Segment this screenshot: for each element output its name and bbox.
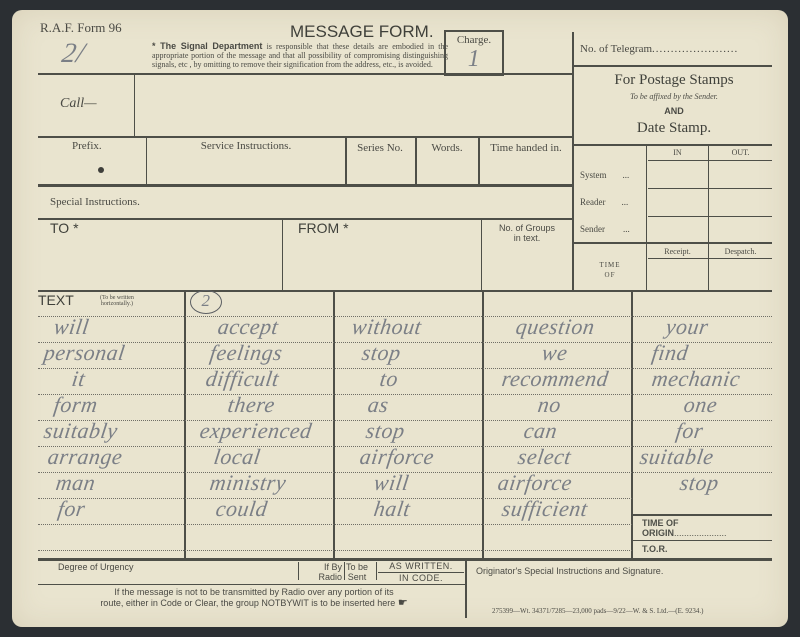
handwritten-word: difficult [204, 366, 281, 392]
reader-label: Reader [580, 197, 605, 207]
divider [184, 290, 186, 558]
call-field[interactable] [136, 76, 570, 134]
dots: ... [623, 224, 630, 234]
handwritten-word: your [664, 314, 710, 340]
to-label: TO * [50, 220, 79, 236]
handwritten-word: could [214, 496, 269, 522]
rule-line [38, 394, 772, 395]
radio-note-line-2: route, either in Code or Clear, the grou… [100, 598, 395, 608]
handwritten-word: will [52, 314, 91, 340]
print-code: 275399—Wt. 34371/7285—23,000 pads—9/22—W… [492, 607, 703, 615]
handwritten-word: ministry [208, 470, 288, 496]
divider [282, 220, 283, 290]
telegram-label: No. of Telegram....................... [580, 43, 738, 55]
handwritten-word: without [350, 314, 423, 340]
dots: ... [621, 197, 628, 207]
as-written-option[interactable]: AS WRITTEN. [378, 561, 464, 573]
if-by-line-2: Radio [298, 572, 342, 582]
service-instructions-label: Service Instructions. [146, 140, 346, 152]
handwritten-word: to [378, 366, 400, 392]
call-label: Call— [60, 96, 97, 112]
handwritten-word: no [536, 392, 563, 418]
despatch-label: Despatch. [709, 247, 772, 256]
tor-label: T.O.R. [642, 544, 668, 554]
handwritten-word: recommend [500, 366, 610, 392]
handwritten-word: stop [678, 470, 720, 496]
system-row-label: System... [580, 170, 629, 180]
groups-label-line-1: No. of Groups [482, 223, 572, 233]
sender-row-label: Sender... [580, 224, 630, 234]
time-of-origin-line-1: TIME OF [642, 518, 727, 528]
handwritten-word: experienced [198, 418, 313, 444]
originator-label: Originator's Special Instructions and Si… [476, 566, 663, 576]
divider [631, 290, 633, 558]
rule-line [38, 524, 632, 525]
to-be-sent-label: To be Sent [346, 562, 368, 582]
handwritten-word: stop [364, 418, 406, 444]
handwritten-word: suitably [42, 418, 119, 444]
system-in-field[interactable] [648, 162, 708, 188]
receipt-label: Receipt. [647, 247, 708, 256]
divider [574, 144, 772, 146]
divider [38, 584, 466, 585]
handwritten-word: will [372, 470, 411, 496]
postage-subtitle: To be affixed by the Sender. [574, 92, 774, 101]
handwritten-word: feelings [208, 340, 284, 366]
date-stamp-title: Date Stamp. [574, 120, 774, 137]
divider [38, 290, 772, 292]
message-form-paper: R.A.F. Form 96 2/ MESSAGE FORM. * The Si… [12, 10, 788, 627]
handwritten-word: for [56, 496, 87, 522]
receipt-time-field[interactable] [648, 260, 708, 288]
handwritten-word: man [54, 470, 97, 496]
text-note: (To be written horizontally.) [100, 295, 134, 307]
groups-label: No. of Groups in text. [482, 223, 572, 243]
despatch-time-field[interactable] [710, 260, 772, 288]
circled-number: 2 [190, 290, 222, 314]
handwritten-word: it [70, 366, 87, 392]
divider [648, 188, 772, 189]
divider [333, 290, 335, 558]
time-handed-in-label: Time handed in. [480, 142, 572, 154]
divider [572, 32, 574, 290]
handwritten-word: local [212, 444, 262, 470]
handwritten-word: personal [42, 340, 127, 366]
words-label: Words. [416, 142, 478, 154]
series-no-label: Series No. [346, 142, 414, 154]
if-by-line-1: If By [298, 562, 342, 572]
divider [632, 540, 772, 541]
divider [648, 216, 772, 217]
form-number: R.A.F. Form 96 [40, 20, 122, 36]
charge-label: Charge. [446, 34, 502, 46]
divider [574, 65, 772, 67]
from-field[interactable] [284, 238, 480, 288]
originator-signature-field[interactable] [468, 580, 772, 602]
reader-in-field[interactable] [648, 190, 708, 216]
system-label: System [580, 170, 607, 180]
urgency-label: Degree of Urgency [58, 562, 134, 572]
groups-label-line-2: in text. [482, 233, 572, 243]
handwritten-word: for [674, 418, 705, 444]
divider [632, 514, 772, 516]
handwritten-word: form [52, 392, 99, 418]
divider [38, 136, 572, 138]
text-label: TEXT [38, 292, 74, 308]
divider [344, 562, 345, 580]
to-be-line-1: To be [346, 562, 368, 572]
time-label: TIME [574, 260, 646, 270]
from-label: FROM * [298, 220, 349, 236]
divider [646, 146, 647, 242]
handwritten-word: question [514, 314, 596, 340]
handwritten-word: stop [360, 340, 402, 366]
in-code-option[interactable]: IN CODE. [378, 573, 464, 584]
handwritten-word: airforce [496, 470, 574, 496]
divider [574, 242, 772, 244]
handwritten-word: can [522, 418, 559, 444]
handwritten-word: sufficient [500, 496, 589, 522]
of-label: OF [574, 270, 646, 280]
handwritten-page-number: 2/ [60, 38, 87, 70]
radio-note: If the message is not to be transmitted … [42, 587, 466, 609]
handwritten-word: there [226, 392, 277, 418]
time-of-label: TIME OF [574, 260, 646, 280]
special-instructions-label: Special Instructions. [50, 196, 140, 208]
divider [376, 562, 377, 580]
handwritten-word: as [366, 392, 390, 418]
text-note-line-2: horizontally.) [100, 301, 134, 307]
reader-out-field[interactable] [710, 190, 772, 216]
handwritten-word: one [682, 392, 719, 418]
form-title: MESSAGE FORM. [290, 22, 434, 42]
divider [38, 73, 572, 75]
to-be-line-2: Sent [346, 572, 368, 582]
handwritten-word: we [540, 340, 569, 366]
sender-label: Sender [580, 224, 605, 234]
sender-out-field[interactable] [710, 218, 772, 242]
reader-row-label: Reader... [580, 197, 628, 207]
system-out-field[interactable] [710, 162, 772, 188]
out-label: OUT. [709, 148, 772, 157]
handwritten-word: find [650, 340, 690, 366]
divider [648, 160, 772, 161]
time-of-origin-line-2: ORIGIN [642, 528, 674, 538]
in-label: IN [647, 148, 708, 157]
signal-department-note: * The Signal Department is responsible t… [152, 42, 448, 69]
signal-note-bold: * The Signal Department [152, 41, 262, 51]
charge-value: 1 [446, 46, 502, 73]
send-method-choice[interactable]: AS WRITTEN. IN CODE. [378, 561, 464, 584]
divider [482, 290, 484, 558]
circled-number-value: 2 [191, 291, 221, 311]
prefix-dot [98, 167, 104, 173]
divider [134, 74, 135, 136]
divider [648, 258, 772, 259]
handwritten-word: select [516, 444, 573, 470]
if-by-radio-label: If By Radio [298, 562, 342, 582]
and-label: AND [574, 106, 774, 116]
handwritten-word: arrange [46, 444, 124, 470]
pointing-hand-icon: ☛ [398, 597, 408, 609]
handwritten-word: mechanic [650, 366, 742, 392]
to-field[interactable] [40, 238, 280, 288]
handwritten-word: accept [216, 314, 280, 340]
time-of-origin-label: TIME OF ORIGIN..................... [642, 518, 727, 538]
handwritten-word: airforce [358, 444, 436, 470]
dots: ... [623, 170, 630, 180]
telegram-label-text: No. of Telegram [580, 43, 652, 55]
charge-box[interactable]: Charge. 1 [444, 30, 504, 76]
divider [38, 184, 572, 187]
rule-line [38, 550, 632, 551]
prefix-label: Prefix. [72, 140, 102, 152]
handwritten-word: halt [372, 496, 412, 522]
handwritten-word: suitable [638, 444, 715, 470]
postage-stamps-title: For Postage Stamps [574, 72, 774, 89]
sender-in-field[interactable] [648, 218, 708, 242]
